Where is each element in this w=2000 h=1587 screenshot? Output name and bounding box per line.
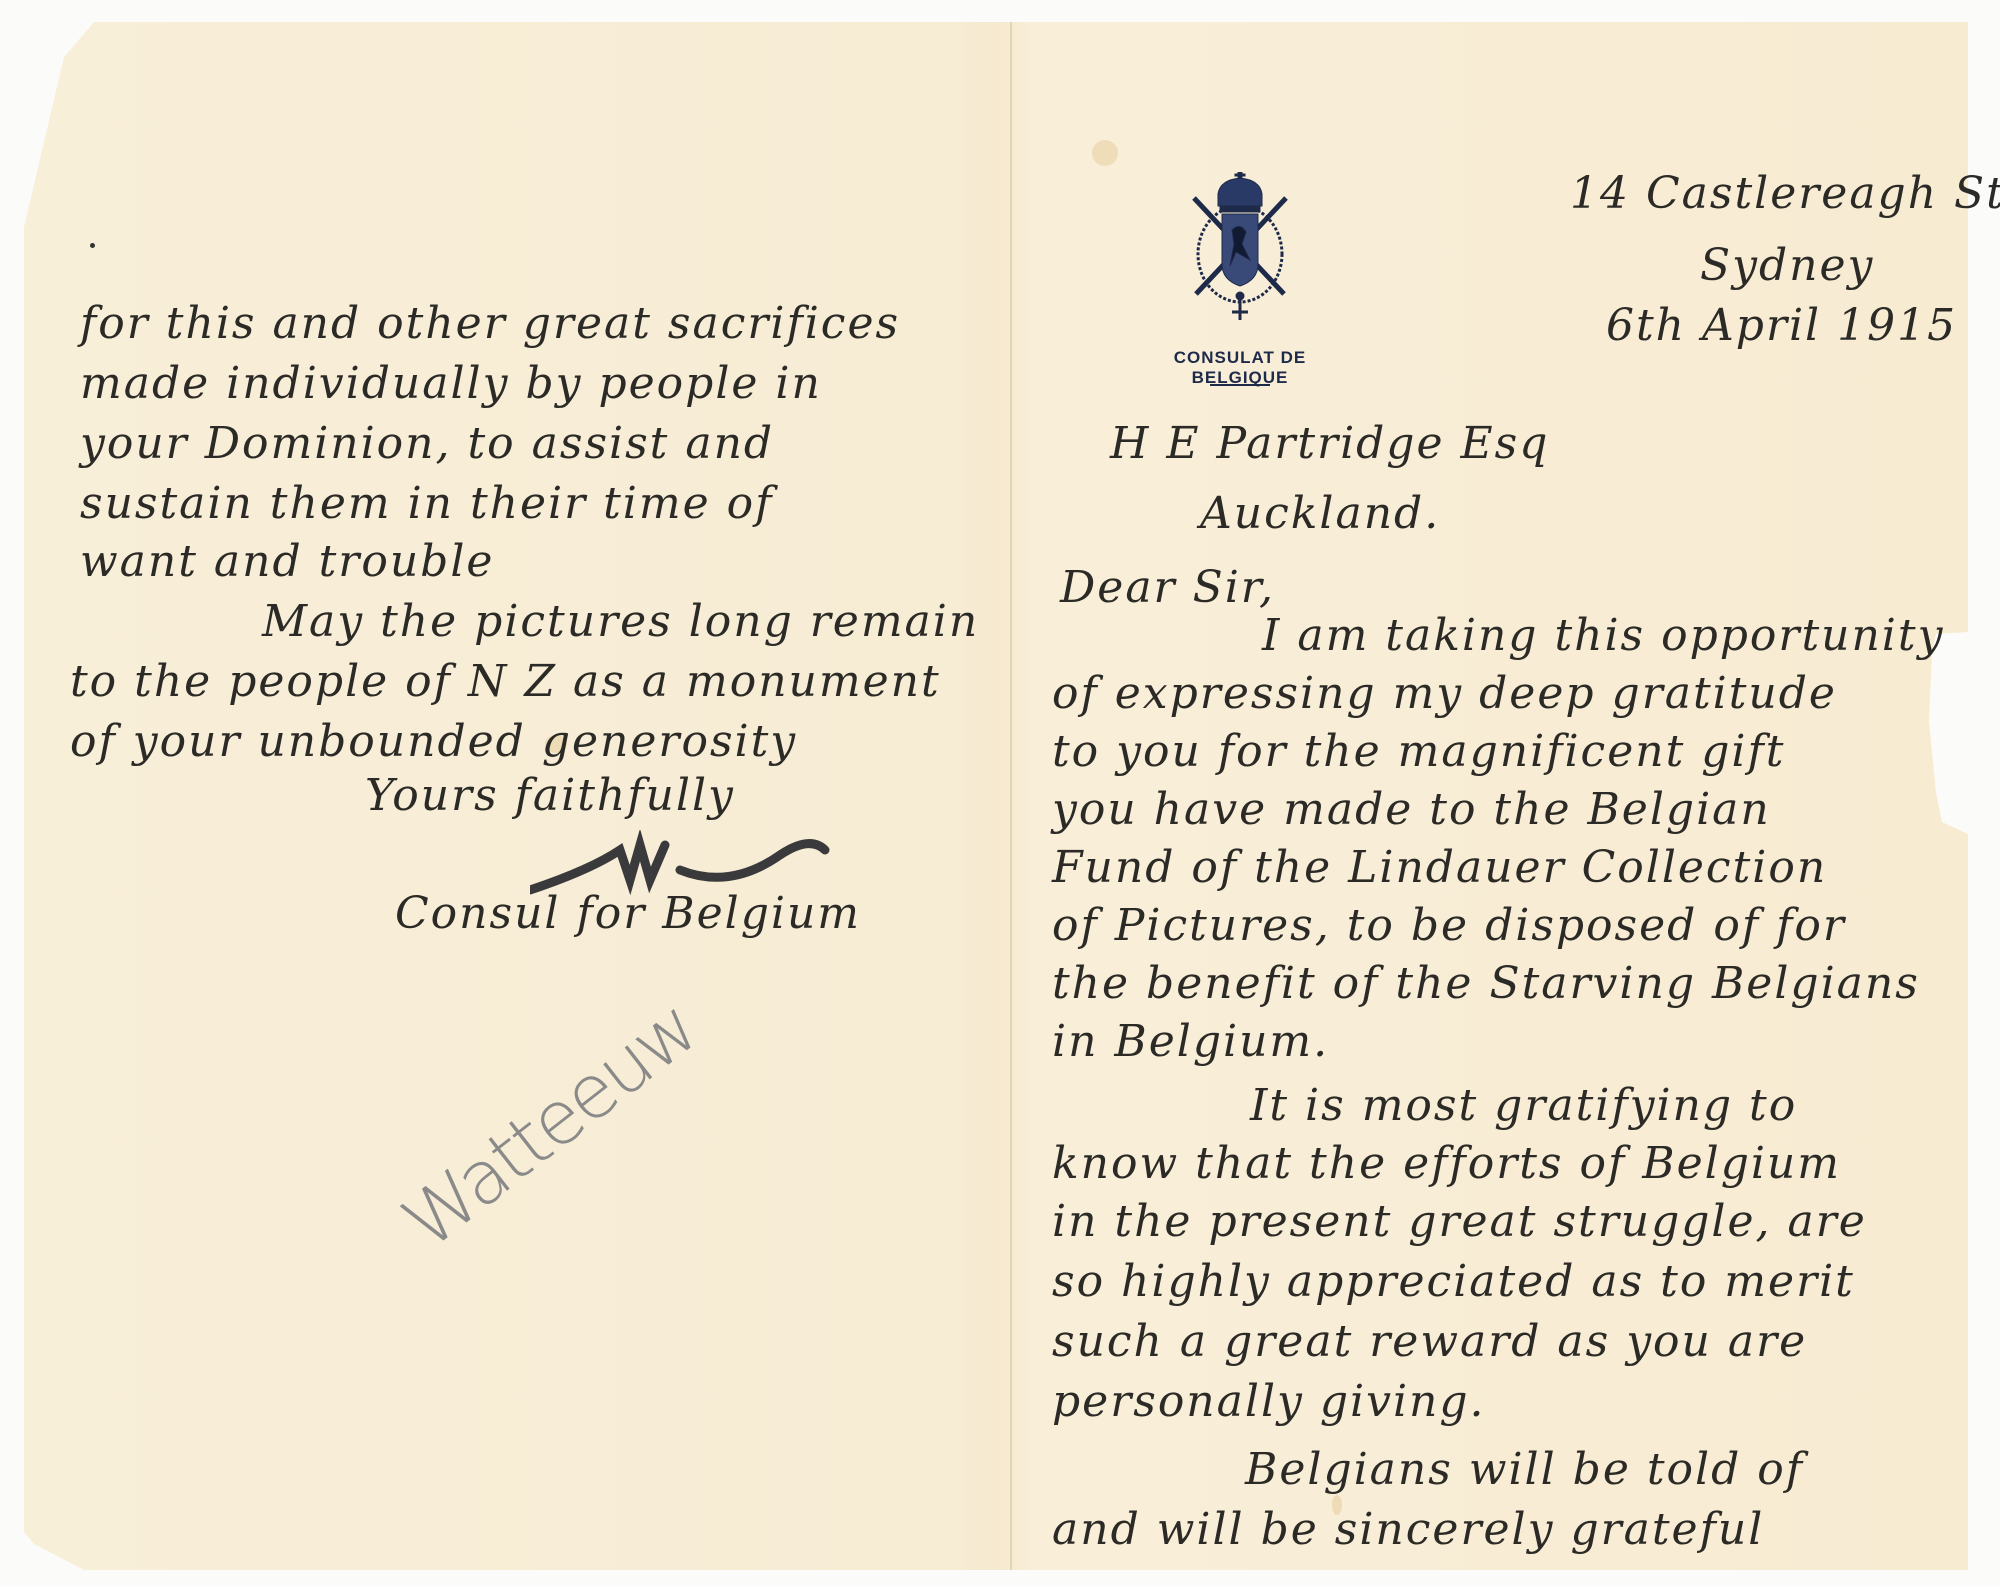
left-body-line: to the people of N Z as a monument [70,656,941,707]
body-line: and will be sincerely grateful [1052,1504,1764,1555]
left-body-line: May the pictures long remain [262,596,979,647]
left-body-line: want and trouble [80,536,494,587]
body-line: so highly appreciated as to merit [1052,1256,1855,1307]
letter-date: 6th April 1915 [1606,300,1957,351]
body-line: I am taking this opportunity [1262,610,1944,661]
recipient-city: Auckland. [1200,488,1440,539]
letterhead-divider [1210,384,1270,386]
body-line: Fund of the Lindauer Collection [1052,842,1827,893]
body-line: It is most gratifying to [1250,1080,1797,1131]
ink-dot [90,243,95,248]
signer-title: Consul for Belgium [395,888,861,939]
closing: Yours faithfully [365,770,735,821]
body-line: to you for the magnificent gift [1052,726,1785,777]
body-line: in Belgium. [1052,1016,1329,1067]
letterhead-title: CONSULAT DE BELGIQUE [1125,348,1355,388]
center-fold [1010,22,1012,1570]
left-body-line: your Dominion, to assist and [80,418,774,469]
body-line: know that the efforts of Belgium [1052,1138,1841,1189]
body-line: in the present great struggle, are [1052,1196,1867,1247]
body-line: you have made to the Belgian [1052,784,1771,835]
address-street: 14 Castlereagh St [1570,168,2000,219]
left-body-line: made individually by people in [80,358,822,409]
salutation: Dear Sir, [1060,562,1275,613]
body-line: Belgians will be told of [1245,1444,1804,1495]
body-line: of expressing my deep gratitude [1052,668,1837,719]
body-line: personally giving. [1052,1376,1486,1427]
address-city: Sydney [1700,240,1874,291]
body-line: of Pictures, to be disposed of for [1052,900,1846,951]
paper-stain [1092,140,1118,166]
left-body-line: for this and other great sacrifices [80,298,900,349]
left-body-line: sustain them in their time of [80,478,773,529]
recipient-name: H E Partridge Esq [1110,418,1549,469]
left-body-line: of your unbounded generosity [70,716,797,767]
body-line: the benefit of the Starving Belgians [1052,958,1920,1009]
belgian-crest-icon [1180,172,1300,332]
body-line: such a great reward as you are [1052,1316,1807,1367]
